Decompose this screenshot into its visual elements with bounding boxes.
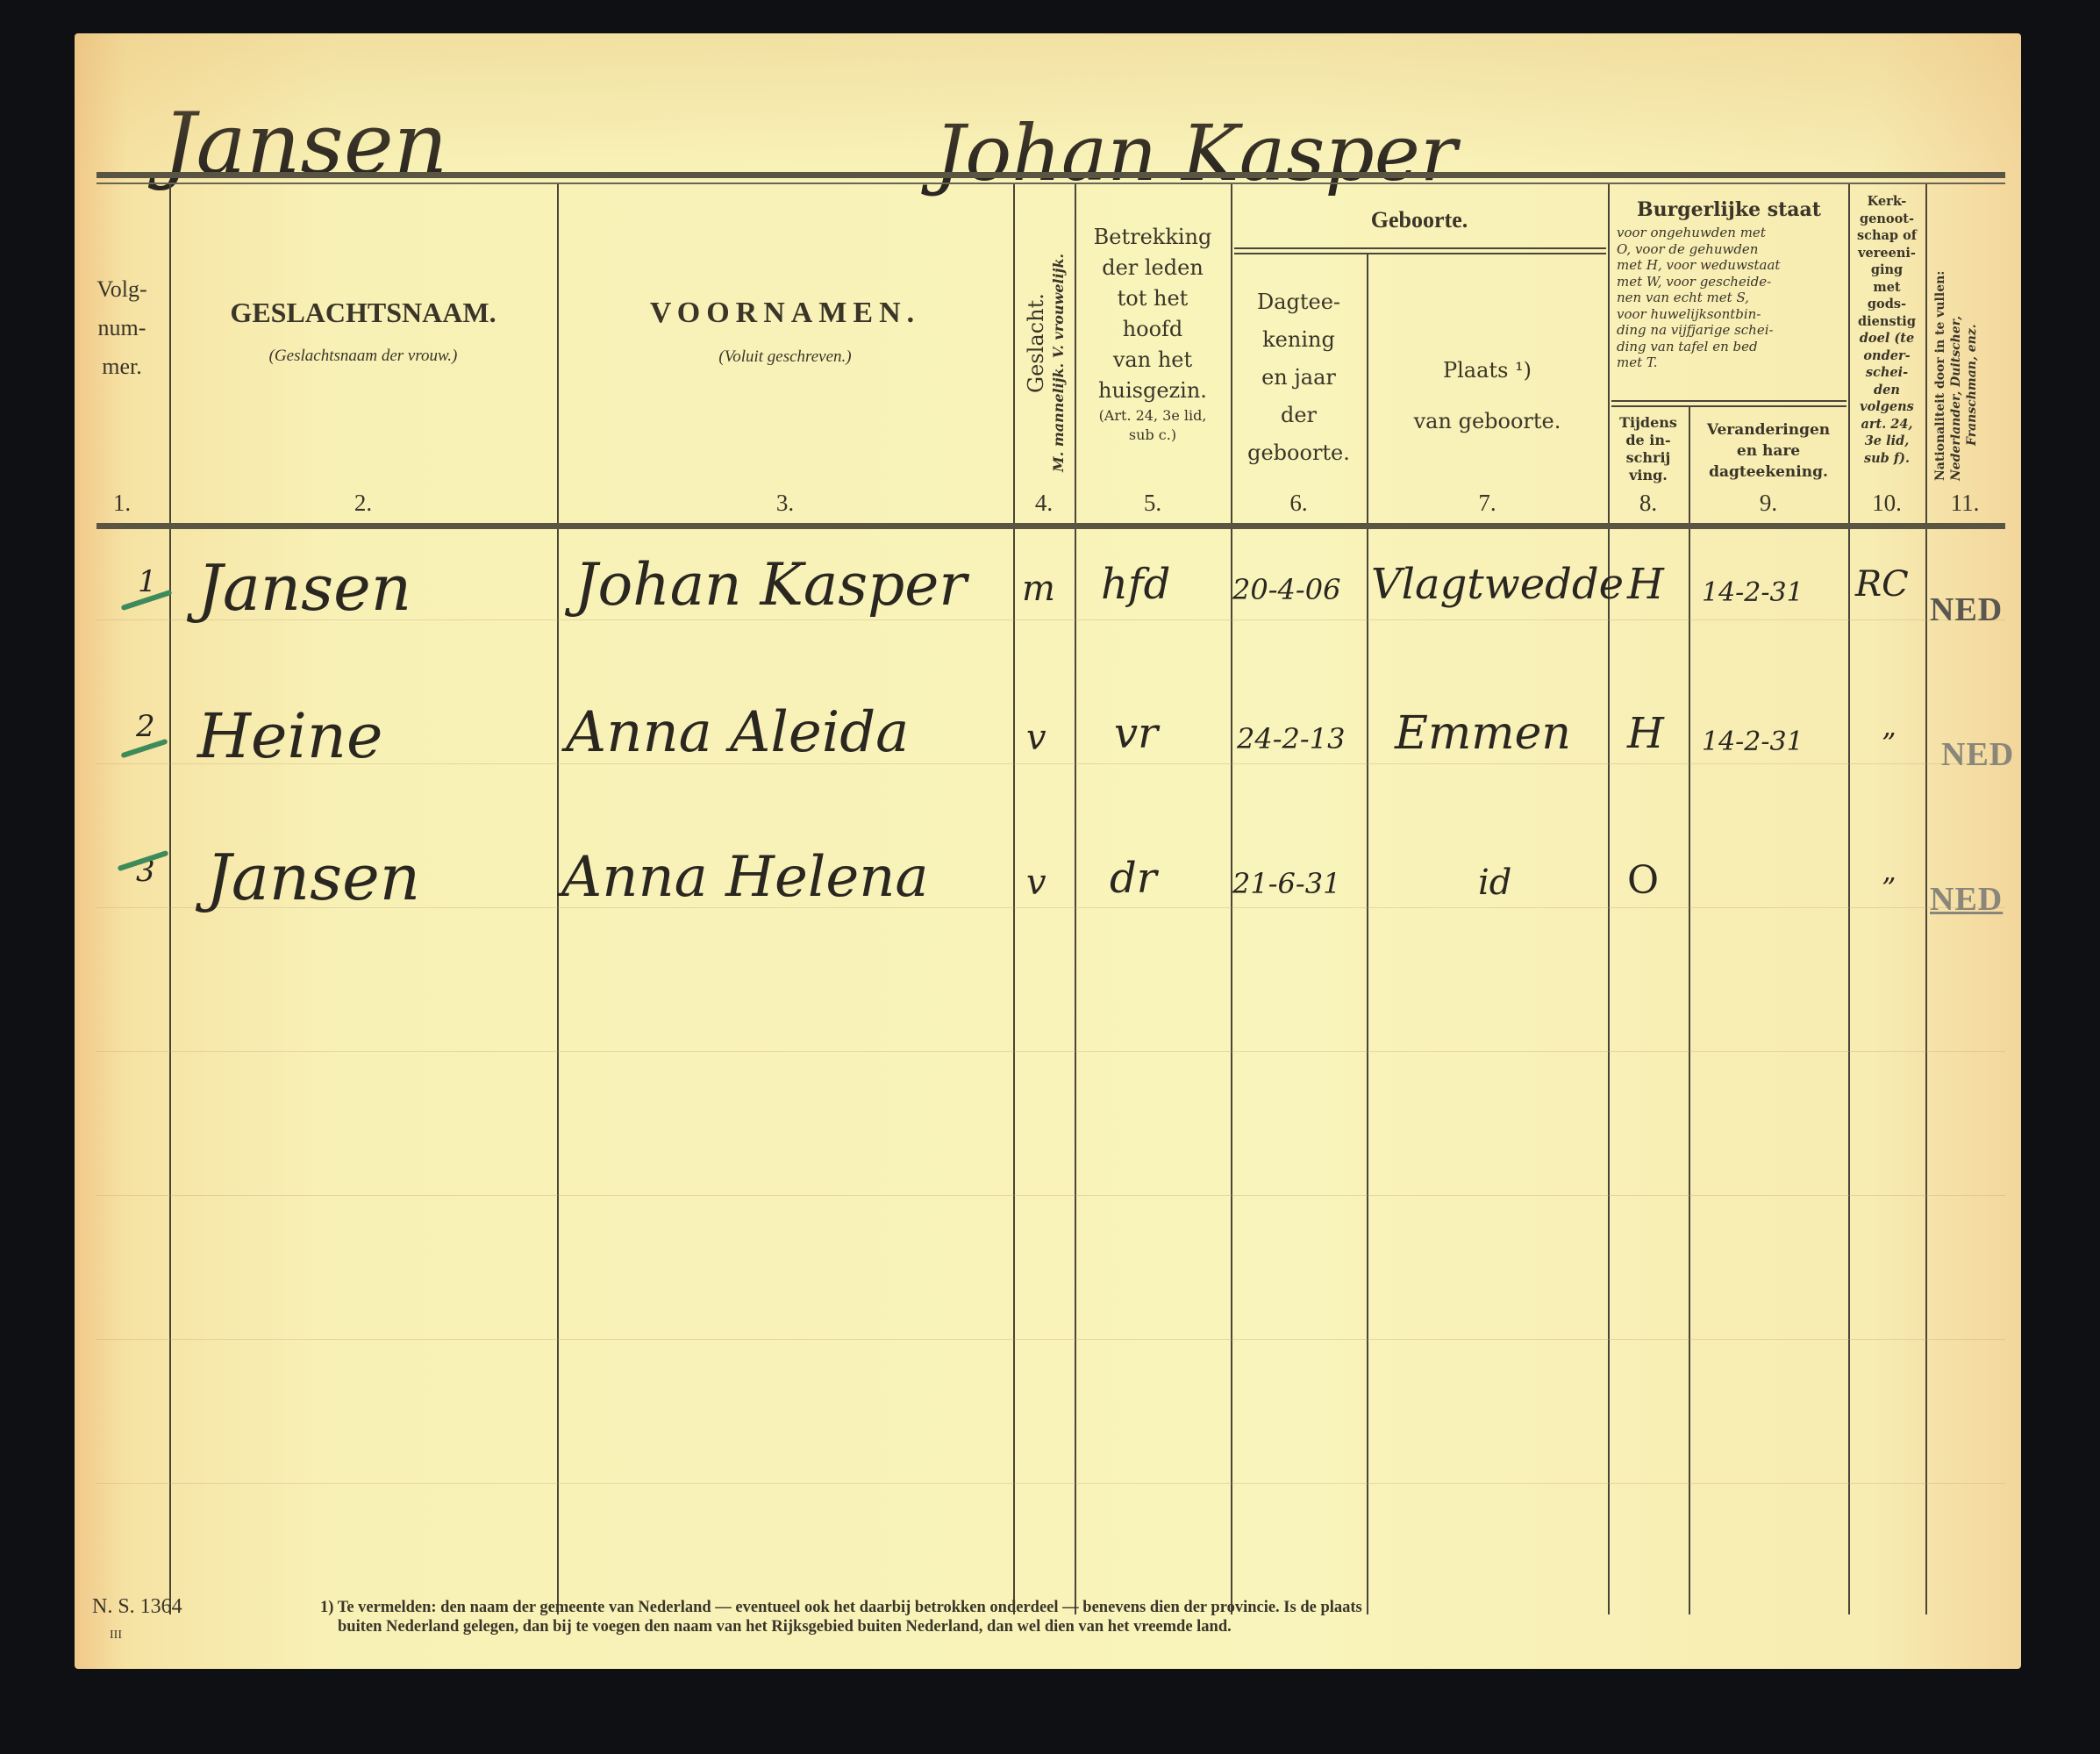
- col10-label: den: [1848, 382, 1925, 399]
- desc-line: ding na vijfjarige schei-: [1617, 322, 1841, 339]
- col5-label: van het: [1075, 345, 1231, 376]
- col11-label: Franschman, enz.: [1964, 271, 1980, 481]
- burgerlijke-group-header: Burgerlijke staat voor ongehuwden met O,…: [1611, 198, 1846, 371]
- col10-label: art. 24,: [1848, 416, 1925, 433]
- col4-number: 4.: [1013, 490, 1075, 517]
- column-divider: [1367, 254, 1368, 1614]
- col10-label: doel (te: [1848, 330, 1925, 347]
- col9-header: Veranderingen en hare dagteekening.: [1689, 419, 1848, 483]
- col9-label: dagteekening.: [1689, 462, 1848, 483]
- column-divider: [1608, 184, 1610, 1614]
- column-divider: [169, 184, 171, 1614]
- sex-cell: v: [1026, 718, 1046, 758]
- burgerlijke-group-desc: voor ongehuwden met O, voor de gehuwden …: [1611, 225, 1846, 371]
- ruled-line: [96, 1483, 2005, 1484]
- col10-label: schap of: [1848, 227, 1925, 245]
- desc-line: met T.: [1617, 354, 1841, 371]
- col6-label: Dagtee-: [1231, 283, 1367, 321]
- col7-number: 7.: [1367, 490, 1608, 517]
- col8-label: schrij: [1608, 449, 1689, 467]
- ruled-line: [96, 763, 2005, 764]
- col7-label: van geboorte.: [1367, 396, 1608, 447]
- col6-label: en jaar: [1231, 359, 1367, 397]
- changes-cell: 14-2-31: [1702, 727, 1804, 757]
- row-number: 2: [136, 709, 155, 744]
- col5-number: 5.: [1075, 490, 1231, 517]
- burgerlijke-group-rule: [1611, 400, 1846, 402]
- col3-header: VOORNAMEN. (Voluit geschreven.): [557, 297, 1013, 367]
- col1-label: Volg-: [75, 270, 169, 309]
- col11-number: 11.: [1925, 490, 2004, 517]
- register-card: Jansen Johan Kasper Volg- num- mer. GESL…: [75, 33, 2021, 1669]
- sex-cell: m: [1022, 569, 1055, 609]
- column-divider: [1925, 184, 1927, 1614]
- relation-cell: vr: [1114, 709, 1158, 758]
- status-registration-cell: O: [1627, 858, 1659, 903]
- church-cell: ”: [1882, 727, 1896, 760]
- birth-place-cell: Emmen: [1395, 707, 1571, 760]
- birth-date-cell: 24-2-13: [1237, 722, 1345, 755]
- birth-date-cell: 21-6-31: [1232, 867, 1340, 900]
- card-title-surname: Jansen: [162, 95, 447, 193]
- col5-sublabel: (Art. 24, 3e lid,: [1075, 406, 1231, 426]
- col2-label: GESLACHTSNAAM.: [169, 297, 557, 329]
- col10-label: ging: [1848, 261, 1925, 279]
- desc-line: met H, voor weduwstaat: [1617, 257, 1841, 274]
- col10-label: met: [1848, 279, 1925, 297]
- col5-label: hoofd: [1075, 314, 1231, 345]
- nationality-stamp: NED: [1930, 880, 2003, 919]
- col10-number: 10.: [1848, 490, 1925, 517]
- col4-sublabel: M. mannelijk. V. vrouwelijk.: [1050, 254, 1067, 472]
- col5-label: tot het: [1075, 283, 1231, 314]
- column-divider: [1013, 184, 1015, 1614]
- col5-label: der leden: [1075, 253, 1231, 283]
- burgerlijke-group-title: Burgerlijke staat: [1611, 198, 1846, 221]
- col7-label: Plaats ¹): [1367, 345, 1608, 396]
- col3-sublabel: (Voluit geschreven.): [557, 347, 1013, 367]
- col10-label: volgens: [1848, 398, 1925, 416]
- col10-label: schei-: [1848, 364, 1925, 382]
- col10-label: gods-: [1848, 296, 1925, 313]
- header-top-rule: [96, 172, 2005, 178]
- col10-label: sub f).: [1848, 450, 1925, 468]
- status-registration-cell: H: [1627, 709, 1664, 758]
- geboorte-group-title: Geboorte.: [1231, 207, 1608, 233]
- form-sub-code: III: [110, 1629, 122, 1643]
- col11-header: Nationaliteit door in te vullen: Nederla…: [1932, 271, 1980, 481]
- col5-sublabel: sub c.): [1075, 426, 1231, 445]
- col5-header: Betrekking der leden tot het hoofd van h…: [1075, 222, 1231, 445]
- header-top-rule-thin: [96, 183, 2005, 184]
- ruled-line: [96, 1195, 2005, 1196]
- church-cell: RC: [1855, 564, 1909, 605]
- col10-label: vereeni-: [1848, 245, 1925, 262]
- desc-line: met W, voor gescheide-: [1617, 274, 1841, 290]
- birth-place-cell: Vlagtwedde: [1371, 560, 1624, 609]
- form-code: N. S. 1364: [92, 1595, 182, 1619]
- col8-number: 8.: [1608, 490, 1689, 517]
- col2-header: GESLACHTSNAAM. (Geslachtsnaam der vrouw.…: [169, 297, 557, 366]
- birth-place-cell: id: [1478, 863, 1511, 903]
- footnote-line: buiten Nederland gelegen, dan bij te voe…: [320, 1617, 1362, 1636]
- footnote: 1) Te vermelden: den naam der gemeente v…: [320, 1598, 1362, 1636]
- col2-number: 2.: [169, 490, 557, 517]
- col8-label: Tijdens: [1608, 414, 1689, 432]
- burgerlijke-group-rule-2: [1611, 405, 1846, 407]
- col10-label: onder-: [1848, 347, 1925, 365]
- col8-header: Tijdens de in- schrij ving.: [1608, 414, 1689, 484]
- footnote-line: 1) Te vermelden: den naam der gemeente v…: [320, 1598, 1362, 1617]
- relation-cell: dr: [1110, 854, 1157, 903]
- col10-label: Kerk-: [1848, 193, 1925, 211]
- sex-cell: v: [1026, 863, 1046, 903]
- col8-label: de in-: [1608, 432, 1689, 449]
- column-divider: [1689, 407, 1690, 1614]
- col1-label: num-: [75, 309, 169, 347]
- desc-line: voor ongehuwden met: [1617, 225, 1841, 241]
- desc-line: ding van tafel en bed: [1617, 339, 1841, 355]
- desc-line: nen van echt met S,: [1617, 290, 1841, 306]
- col8-label: ving.: [1608, 467, 1689, 484]
- col10-label: 3e lid,: [1848, 433, 1925, 450]
- col9-label: en hare: [1689, 440, 1848, 462]
- col3-label: VOORNAMEN.: [557, 297, 1013, 330]
- geboorte-group-rule-2: [1234, 253, 1606, 254]
- col1-number: 1.: [75, 490, 169, 517]
- col1-header: Volg- num- mer.: [75, 270, 169, 386]
- geboorte-group-rule: [1234, 247, 1606, 249]
- col10-header: Kerk- genoot- schap of vereeni- ging met…: [1848, 193, 1925, 467]
- ruled-line: [96, 1339, 2005, 1340]
- col6-label: der: [1231, 397, 1367, 434]
- col10-label: dienstig: [1848, 313, 1925, 331]
- desc-line: voor huwelijksontbin-: [1617, 306, 1841, 323]
- birth-date-cell: 20-4-06: [1232, 573, 1340, 606]
- header-bottom-rule: [96, 523, 2005, 529]
- surname-cell: Jansen: [197, 551, 411, 625]
- col6-header: Dagtee- kening en jaar der geboorte.: [1231, 283, 1367, 472]
- nationality-stamp: NED: [1941, 735, 2014, 774]
- col3-number: 3.: [557, 490, 1013, 517]
- given-names-cell: Johan Kasper: [575, 551, 967, 619]
- given-names-cell: Anna Helena: [561, 845, 929, 910]
- col6-label: kening: [1231, 321, 1367, 359]
- desc-line: O, voor de gehuwden: [1617, 241, 1841, 258]
- given-names-cell: Anna Aleida: [566, 700, 909, 765]
- church-cell: ”: [1882, 871, 1896, 905]
- col4-label: Geslacht.: [1024, 293, 1048, 393]
- relation-cell: hfd: [1101, 560, 1170, 609]
- col5-label: huisgezin.: [1075, 376, 1231, 406]
- surname-cell: Jansen: [206, 841, 420, 914]
- col2-sublabel: (Geslachtsnaam der vrouw.): [169, 347, 557, 366]
- col9-number: 9.: [1689, 490, 1848, 517]
- changes-cell: 14-2-31: [1702, 577, 1804, 608]
- col7-header: Plaats ¹) van geboorte.: [1367, 345, 1608, 447]
- col1-label: mer.: [75, 347, 169, 386]
- column-divider: [557, 184, 559, 1614]
- ruled-line: [96, 1051, 2005, 1052]
- nationality-stamp: NED: [1930, 591, 2003, 629]
- col5-label: Betrekking: [1075, 222, 1231, 253]
- col9-label: Veranderingen: [1689, 419, 1848, 440]
- col6-label: geboorte.: [1231, 434, 1367, 472]
- col11-label: Nationaliteit door in te vullen:: [1932, 271, 1948, 481]
- col11-label: Nederlander, Duitscher,: [1948, 271, 1964, 481]
- col10-label: genoot-: [1848, 211, 1925, 228]
- col6-number: 6.: [1231, 490, 1367, 517]
- surname-cell: Heine: [197, 700, 382, 772]
- status-registration-cell: H: [1627, 560, 1664, 609]
